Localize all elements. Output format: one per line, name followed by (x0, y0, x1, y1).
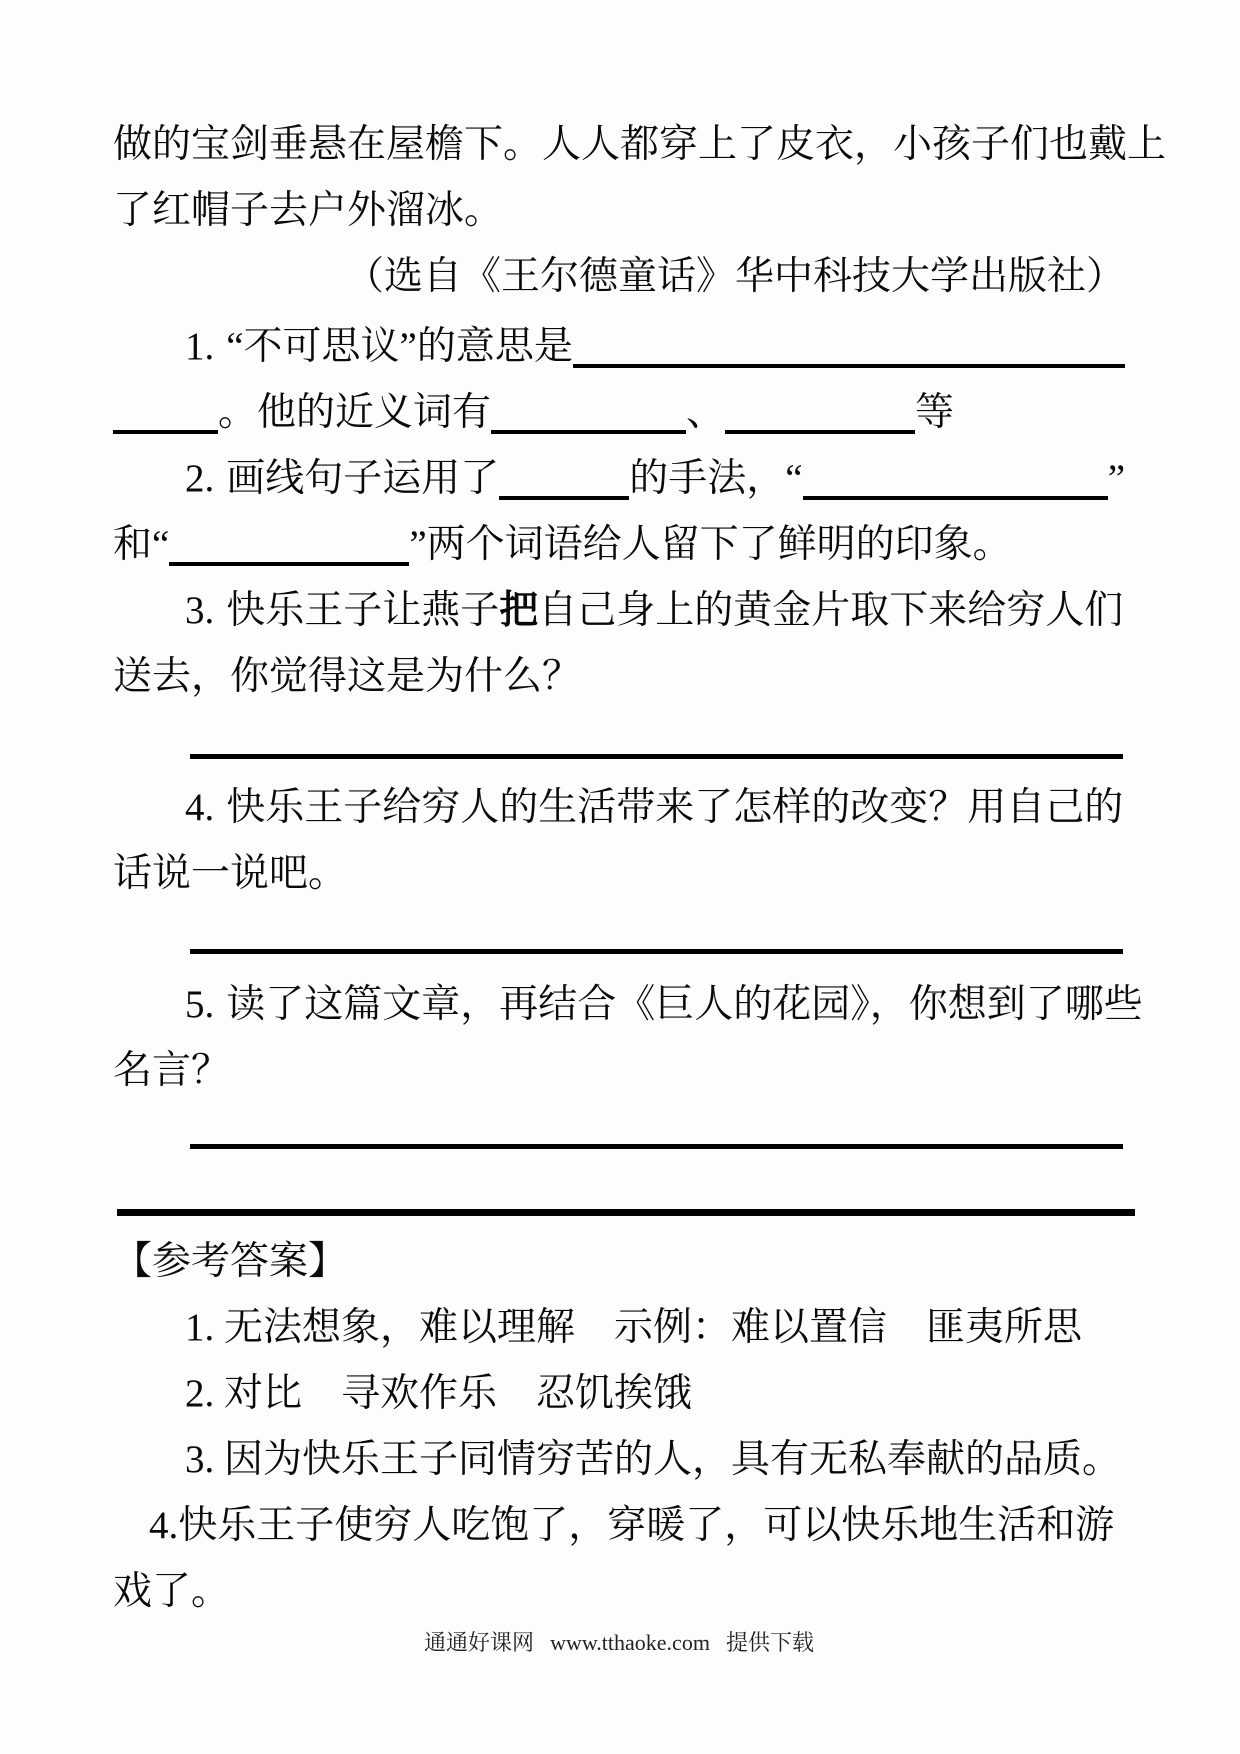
question-1-line-1: 1. “不可思议”的意思是 (113, 314, 1125, 380)
question-1-text: “不可思议”的意思是 (226, 314, 573, 380)
answer-item-4: 4.快乐王子使穷人吃饱了，穿暖了，可以快乐地生活和游 (113, 1493, 1125, 1559)
question-3-tail: 自己身上的黄金片取下来给穷人们 (538, 589, 1123, 632)
question-1-separator: 、 (686, 391, 725, 434)
question-2-line2-tail: ”两个词语给人留下了鲜明的印象。 (409, 523, 1011, 566)
question-4-number: 4. (185, 786, 214, 829)
question-2-number: 2. (113, 446, 214, 512)
question-2-line-1: 2. 画线句子运用了 的手法，“ ” (113, 446, 1125, 512)
question-2-mid-text: 的手法，“ (629, 446, 802, 512)
fill-blank-line (573, 364, 1125, 368)
question-3-line-1: 3.快乐王子让燕子把自己身上的黄金片取下来给穷人们 (113, 578, 1125, 644)
question-2-close-quote: ” (1108, 446, 1125, 512)
passage-attribution: （选自《王尔德童话》华中科技大学出版社） (113, 244, 1125, 310)
footer-site-name: 通通好课网 (424, 1630, 534, 1655)
question-5-number: 5. (185, 983, 214, 1026)
question-3-emphasis: 把 (499, 589, 538, 632)
answer-writing-line (190, 1144, 1123, 1149)
page-footer: 通通好课网www.tthaoke.com提供下载 (113, 1631, 1125, 1655)
question-4-line-2: 话说一说吧。 (113, 841, 1125, 907)
answer-writing-line (190, 949, 1123, 954)
question-4-text: 快乐王子给穷人的生活带来了怎样的改变？用自己的 (226, 786, 1123, 829)
footer-suffix: 提供下载 (726, 1630, 814, 1655)
question-5-line-2: 名言？ (113, 1038, 1125, 1104)
question-1-tail: 等 (915, 391, 954, 434)
fill-blank-line (491, 430, 686, 434)
passage-line-2: 了红帽子去户外溜冰。 (113, 178, 1125, 244)
footer-url: www.tthaoke.com (550, 1630, 710, 1655)
passage-line-1: 做的宝剑垂悬在屋檐下。人人都穿上了皮衣，小孩子们也戴上 (113, 112, 1125, 178)
fill-blank-line (113, 430, 218, 434)
question-1-line-2: 。他的近义词有、等 (113, 380, 1125, 446)
answer-item-2: 2. 对比 寻欢作乐 忍饥挨饿 (113, 1361, 1125, 1427)
answer-item-1: 1. 无法想象，难以理解 示例：难以置信 匪夷所思 (113, 1295, 1125, 1361)
question-4-line-1: 4.快乐王子给穷人的生活带来了怎样的改变？用自己的 (113, 775, 1125, 841)
question-5-line-1: 5.读了这篇文章，再结合《巨人的花园》，你想到了哪些 (113, 972, 1125, 1038)
question-2-line-2: 和“”两个词语给人留下了鲜明的印象。 (113, 512, 1125, 578)
fill-blank-line (725, 430, 915, 434)
fill-blank-line (803, 496, 1108, 500)
answer-writing-line (190, 754, 1123, 759)
question-1-number: 1. (113, 314, 214, 380)
answer-item-3: 3. 因为快乐王子同情穷苦的人，具有无私奉献的品质。 (113, 1427, 1125, 1493)
section-divider (117, 1209, 1135, 1216)
question-1-continuation: 。他的近义词有 (218, 391, 491, 434)
worksheet-page: 做的宝剑垂悬在屋檐下。人人都穿上了皮衣，小孩子们也戴上 了红帽子去户外溜冰。 （… (0, 0, 1240, 1754)
question-2-line2-lead: 和“ (113, 523, 169, 566)
question-5-text: 读了这篇文章，再结合《巨人的花园》，你想到了哪些 (226, 983, 1143, 1026)
question-3-line-2: 送去，你觉得这是为什么？ (113, 644, 1125, 710)
question-3-number: 3. (185, 589, 214, 632)
question-3-text: 快乐王子让燕子 (226, 589, 499, 632)
answer-key-heading: 【参考答案】 (113, 1229, 1125, 1295)
answer-item-4-continuation: 戏了。 (113, 1559, 1125, 1625)
fill-blank-line (169, 562, 409, 566)
fill-blank-line (499, 496, 629, 500)
question-2-text: 画线句子运用了 (226, 446, 499, 512)
